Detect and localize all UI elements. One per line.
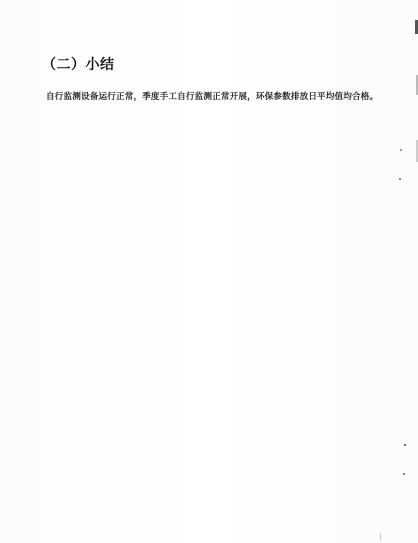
scan-artifact bbox=[404, 444, 406, 446]
scanned-page: （二）小结 自行监测设备运行正常，季度手工自行监测正常开展，环保参数排放日平均值… bbox=[0, 0, 418, 543]
scan-artifact bbox=[380, 533, 381, 541]
scan-artifact bbox=[403, 473, 405, 475]
scan-artifact bbox=[399, 178, 401, 180]
scan-artifact bbox=[400, 149, 402, 151]
summary-paragraph: 自行监测设备运行正常，季度手工自行监测正常开展，环保参数排放日平均值均合格。 bbox=[46, 90, 378, 102]
section-title: （二）小结 bbox=[42, 54, 115, 74]
